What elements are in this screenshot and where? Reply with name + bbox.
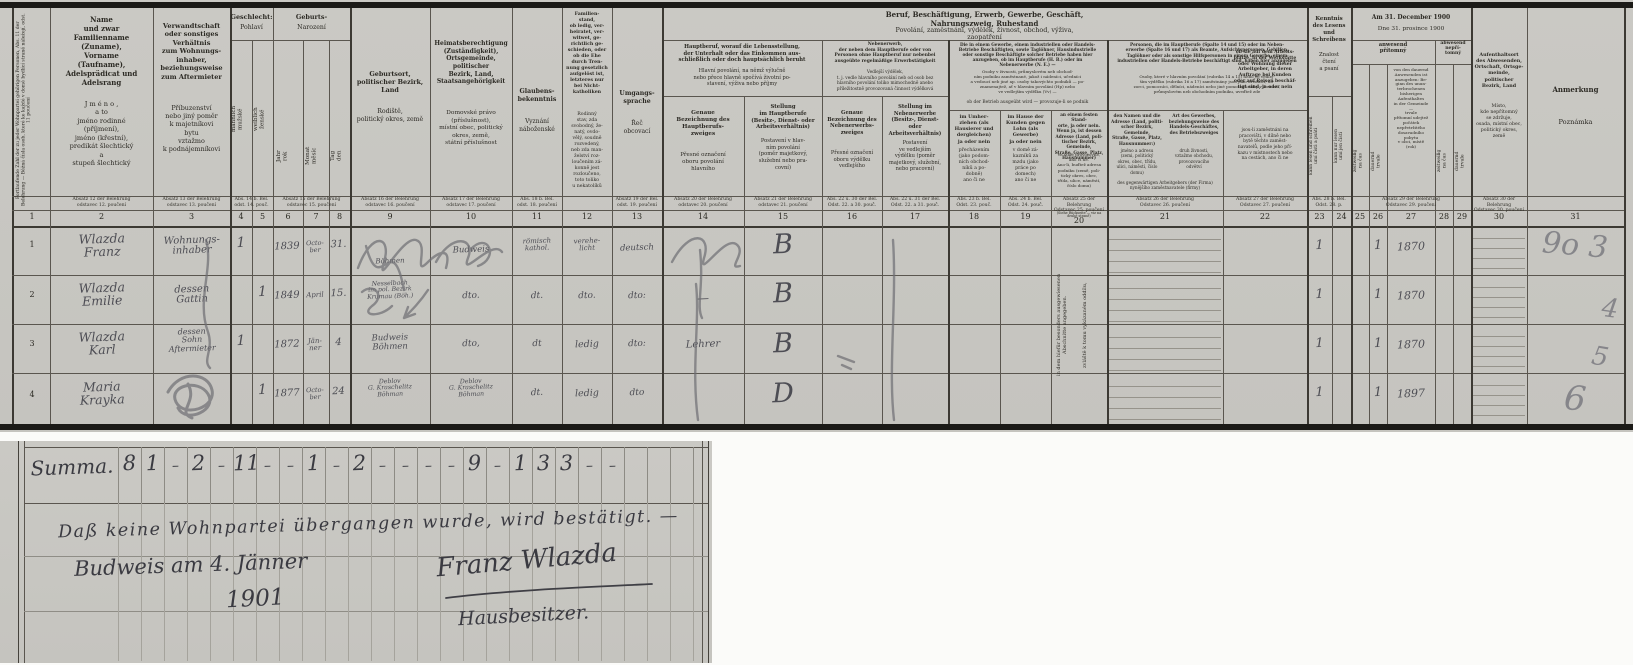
- birth-day-entry: 4: [327, 338, 350, 349]
- rule: [822, 40, 823, 424]
- main-occupation-group-cs: Hlavní povolání, na němž výlučně nebo př…: [664, 68, 820, 88]
- col-number-24: 24: [1332, 213, 1351, 222]
- col17-header-cs: Postavení ve vedlejším výdělku (poměr ma…: [884, 140, 946, 173]
- col21-ref: Absatz 26 der Belehrung Odstavec 26. pou…: [1109, 197, 1221, 208]
- birthplace-entry: Böhmen: [352, 257, 428, 267]
- employer-cell-rules: [1109, 376, 1221, 420]
- marital-entry: dto.: [564, 291, 610, 302]
- col17-ref: Abs. 22 u. 31 der Bel. Odst. 22. a 31. p…: [884, 197, 946, 208]
- summa-value: –: [371, 459, 394, 474]
- col14-ref: Absatz 20 der Belehrung odstavec 20. pou…: [664, 197, 742, 208]
- col29-header: dauernd trvale: [1455, 130, 1469, 192]
- col8-header: Tag den: [330, 120, 348, 192]
- row-number: 1: [14, 240, 50, 250]
- col5-header: weiblich ženské: [253, 46, 272, 192]
- name-entry: Wlazda Karl: [52, 328, 153, 357]
- col4-header: männlich mužské: [231, 46, 251, 192]
- col13-ref: Absatz 19 der Bel. odst. 19. poučení: [614, 197, 660, 208]
- col24-header: kann nur lesen umí jen čísti: [1334, 100, 1349, 192]
- margin-pencil-mark: 5: [1578, 341, 1622, 375]
- main-occupation-group: Hauptberuf, worauf die Lebensstellung, d…: [664, 44, 820, 64]
- birth-month-entry: April: [301, 292, 329, 300]
- religion-entry: dt.: [514, 388, 560, 399]
- summa-value: 2: [187, 453, 211, 476]
- home-right-entry: Deblov G. Kraschelitz Böhman: [432, 378, 511, 400]
- col-number-3: 3: [153, 213, 230, 222]
- employer-cell-rules: [1109, 327, 1221, 371]
- rule: [744, 96, 745, 424]
- col1-header: Fortlaufende Zahl der zu jeder Wohnparte…: [16, 12, 48, 208]
- summa-value: –: [601, 459, 624, 474]
- table-right-border: [1624, 8, 1626, 424]
- col31-header-cs: Poznámka: [1529, 118, 1622, 126]
- birth-month-entry: Jän- ner: [301, 338, 329, 353]
- resident-since-entry: 1870: [1387, 289, 1435, 302]
- summa-value: –: [164, 459, 187, 474]
- col10-header-de: Heimatsberechtigung (Zuständigkeit), Ort…: [432, 40, 510, 86]
- rule: [12, 210, 1624, 211]
- resident-since-entry: 1897: [1387, 387, 1435, 400]
- col-number-10: 10: [430, 213, 512, 222]
- name-entry: Wlazda Emilie: [52, 279, 153, 308]
- trade-group-note-cs: Osoby v živnosti, průmyslovém neb obchod…: [950, 70, 1105, 95]
- marital-entry: ledig: [564, 388, 610, 399]
- col11-header-de: Glaubens- bekenntnis: [514, 88, 560, 104]
- summary-sheet: Summa. 8 1 – 2 – 11 – – 1 – 2 – – – – 9 …: [0, 441, 712, 663]
- col22-ref: Absatz 27 der Belehrung Odstavec 27. pou…: [1225, 197, 1305, 208]
- employer-cell-rules: [1109, 278, 1221, 322]
- col-number-15: 15: [744, 213, 822, 222]
- summa-value: –: [440, 459, 463, 474]
- summa-value: 1: [302, 453, 326, 476]
- col9-header-cs: Rodiště, politický okres, země: [352, 108, 428, 124]
- col23-24-ref: Abs. 28 b. Bel. Odst. 28. p.: [1307, 197, 1351, 208]
- col18-header-de: im Umher- ziehen (als Hausierer und derg…: [950, 114, 998, 145]
- occupation-entry: Lehrer: [664, 339, 742, 352]
- col2-header-de: Name und zwar Familienname (Zuname), Vor…: [52, 16, 151, 88]
- col-number-13: 13: [612, 213, 662, 222]
- col-number-12: 12: [562, 213, 612, 222]
- relation-entry: dessen Gattin: [155, 284, 230, 307]
- col20-data-side-note-de: in dem hiefür besonders ausgewiesenen Ab…: [1057, 230, 1083, 420]
- col-number-29: 29: [1453, 213, 1471, 222]
- language-entry: dto: [614, 388, 660, 399]
- col-number-9: 9: [350, 213, 430, 222]
- scan-top-edge: [0, 2, 1633, 8]
- resident-since-entry: 1870: [1387, 240, 1435, 253]
- religion-entry: dt: [514, 339, 560, 350]
- col12-header-cs: Rodinný stav, zda svobodný, že- natý, ov…: [564, 112, 610, 190]
- margin-pencil-mark: 6: [1543, 379, 1606, 420]
- col-number-4: 4: [230, 213, 252, 222]
- summa-value: –: [279, 459, 302, 474]
- summa-value: 1: [509, 453, 533, 476]
- col16-ref: Abs. 22 u. 30 der Bel. Odst. 22. a 30. p…: [824, 197, 880, 208]
- col22-header-cs: jsou-li zaměstnáni na pracovišti, v díln…: [1225, 128, 1305, 162]
- col14-header-de: Genaue Bezeichnung des Hauptberufs- zwei…: [664, 110, 742, 139]
- col-number-6: 6: [273, 213, 303, 222]
- rule: [1223, 110, 1224, 424]
- birth-day-entry: 31.: [327, 240, 350, 251]
- col-number-31: 31: [1527, 213, 1624, 222]
- header-data-divider: [12, 226, 1624, 228]
- col-number-26: 26: [1369, 213, 1387, 222]
- rule: [1453, 64, 1454, 424]
- summa-value: 11: [233, 453, 257, 476]
- sex-male-mark: 1: [230, 236, 252, 251]
- rule: [329, 40, 330, 424]
- language-entry: dto:: [614, 291, 660, 302]
- name-entry: Wlazda Franz: [52, 230, 153, 259]
- relation-entry: dessen Sohn Aftermieter: [155, 327, 230, 355]
- col-number-20: 20: [1053, 217, 1105, 226]
- col-number-23: 23: [1307, 213, 1332, 222]
- rule: [882, 96, 883, 424]
- margin-pencil-mark: 9o 3: [1519, 225, 1631, 266]
- col-number-16: 16: [822, 213, 882, 222]
- col15-header-de: Stellung im Hauptberufe (Besitz-, Dienst…: [746, 104, 820, 131]
- summa-value: 8: [118, 453, 142, 476]
- birth-month-entry: Octo- ber: [301, 240, 329, 254]
- rule: [230, 40, 350, 41]
- birth-group-header: Geburts-: [273, 13, 350, 21]
- summa-value: –: [578, 459, 601, 474]
- col22-header-de: ob sie auf dem Arbeits- platze, in der W…: [1225, 50, 1305, 90]
- rule: [1000, 110, 1001, 424]
- col25-header: zeitweilig na čas: [1353, 130, 1367, 192]
- col3-ref: Absatz 13 der Belehrung odstavec 13. pou…: [155, 197, 228, 208]
- date-group-header-de: Am 31. December 1900: [1351, 14, 1471, 22]
- col19-header-de: im Hause der Kunden gegen Lohn (als Gewe…: [1002, 114, 1049, 145]
- summa-value: –: [394, 459, 417, 474]
- col21-header-bottom: des gegenwärtigen Arbeitgebers (der Firm…: [1109, 180, 1221, 191]
- language-entry: dto:: [614, 339, 660, 350]
- col10-ref: Absatz 17 der Belehrung odstavec 17. pou…: [432, 197, 510, 208]
- census-table-sheet: Fortlaufende Zahl der zu jeder Wohnparte…: [0, 0, 1633, 432]
- col15-header-cs: Postavení v hlav- ním povolání (poměr ma…: [746, 138, 820, 171]
- scanned-census-sheet: { "document_type": "Anwesenheitsliste Vo…: [0, 0, 1633, 665]
- present-permanent-mark: 1: [1369, 239, 1387, 253]
- col10-header-cs: Domovské právo (příslušnost), místní obe…: [432, 110, 510, 148]
- summa-value: –: [417, 459, 440, 474]
- col20-header-cs: ve stálé provozovně, ano či ne. Ano-li, …: [1053, 152, 1105, 189]
- row-number: 2: [14, 290, 50, 300]
- literacy-mark: 1: [1307, 239, 1332, 253]
- col13-header-de: Umgangs- sprache: [614, 90, 660, 106]
- col31-header-de: Anmerkung: [1529, 86, 1622, 95]
- birth-year-entry: 1849: [271, 290, 303, 302]
- birthplace-entry: Budweis Böhmen: [352, 333, 429, 353]
- birth-day-entry: 15.: [327, 289, 350, 300]
- col19-header-cs: v domě zá- kazníků za mzdu (jako práce p…: [1002, 148, 1049, 184]
- literacy-mark: 1: [1307, 386, 1332, 400]
- birth-day-entry: 24: [327, 387, 350, 398]
- rule: [948, 110, 1307, 111]
- col9-ref: Absatz 16 der Belehrung odstavec 16. pou…: [352, 197, 428, 208]
- col19-ref: Abs. 24 b. Bel. Odst. 24. pouč.: [1002, 197, 1049, 208]
- row-number: 3: [14, 339, 50, 349]
- col18-ref: Abs. 23 b. Bel. Odst. 23. pouč.: [950, 197, 998, 208]
- summa-value: –: [256, 459, 279, 474]
- side-earning-group: Nebenerwerb, der neben dem Hauptberufe o…: [824, 42, 946, 65]
- col-number-19: 19: [1000, 213, 1051, 222]
- col-number-1: 1: [14, 213, 50, 222]
- col21-header-right-de: Art des Gewerbes, beziehungsweise des Ha…: [1167, 114, 1221, 136]
- birth-group-header-cs: Narození: [273, 24, 350, 32]
- col9-header-de: Geburtsort, politischer Bezirk, Land: [352, 70, 428, 95]
- rule: [662, 96, 948, 97]
- col30-header-cs: Místo, kde nepřítomný se zdržuje, osada,…: [1473, 104, 1525, 140]
- col-number-8: 8: [329, 213, 350, 222]
- table-bottom-border: [0, 424, 1633, 430]
- summa-value: 3: [532, 453, 556, 476]
- whereabouts-cell-rules: [1473, 327, 1525, 371]
- margin-pencil-mark: 4: [1588, 293, 1631, 325]
- date-group-header-cs: Dne 31. prosince 1900: [1351, 26, 1471, 33]
- religion-entry: dt.: [514, 291, 560, 302]
- col-number-30: 30: [1471, 213, 1527, 222]
- row-number: 4: [14, 390, 50, 400]
- resident-since-entry: 1870: [1387, 338, 1435, 351]
- summa-value: –: [325, 459, 348, 474]
- birth-year-entry: 1872: [271, 339, 303, 351]
- present-permanent-mark: 1: [1369, 288, 1387, 302]
- rule: [1332, 96, 1333, 424]
- trade-group-note-de: Die in einem Gewerbe, einem industrielle…: [950, 42, 1105, 67]
- home-right-entry: dto,: [432, 339, 510, 351]
- border: [24, 441, 25, 663]
- col18-header-cs: přecházením (jako podom- ních obchod- ní…: [950, 148, 998, 184]
- rule: [303, 40, 304, 424]
- occupation-status-entry: B: [746, 279, 821, 310]
- home-right-entry: dto.: [432, 291, 510, 303]
- col28-header: zeitweilig na čas: [1437, 130, 1451, 192]
- col3-header-de: Verwandtschaft oder sonstiges Verhältnis…: [155, 22, 228, 81]
- marital-entry: ledig: [564, 339, 610, 350]
- col16-header-cs: Přesné označení oboru výdělku vedlejšího: [824, 150, 880, 170]
- col17-header-de: Stellung im Nebenerwerbe (Besitz-, Diens…: [884, 104, 946, 137]
- col2-header-cs: J m é n o , a to jméno rodinné (příjmení…: [52, 100, 151, 168]
- col-number-22: 22: [1223, 213, 1307, 222]
- summa-value: –: [486, 459, 509, 474]
- col30-header-de: Aufenthaltsort des Abwesenden, Ortschaft…: [1473, 52, 1525, 89]
- language-entry: deutsch: [614, 243, 660, 253]
- side-earning-group-cs: Vedlejší výdělek, t. j. vedle hlavního p…: [824, 70, 946, 92]
- year-line: 1901: [225, 585, 316, 614]
- col-number-7: 7: [303, 213, 329, 222]
- birthplace-entry: Nesselbach im pol. Bezirk Krumau (Böh.): [352, 280, 429, 302]
- birth-year-entry: 1877: [271, 388, 303, 400]
- col3-header-cs: Příbuzenství nebo jiný poměr k majetníko…: [155, 104, 228, 153]
- birthplace-entry: Deblov G. Kraschelitz Böhman: [352, 378, 429, 400]
- col-number-5: 5: [252, 213, 273, 222]
- occupation-band-title-cs: Povolání, zaměstnání, výdělek, živnost, …: [662, 27, 1307, 40]
- summa-value: –: [210, 459, 233, 474]
- col12-header-de: Familien- stand, ob ledig, ver- heiratet…: [564, 12, 610, 96]
- sex-group-header: Geschlecht:: [230, 13, 273, 21]
- sex-group-header-cs: Pohlaví: [230, 24, 273, 32]
- col27-header: von den dauernd Anwesenden ist anzugeben…: [1389, 68, 1433, 150]
- sex-male-mark: 1: [230, 334, 252, 349]
- name-entry: Maria Krayka: [52, 378, 153, 407]
- col21-header-right-cs: druh živnosti, vztažmo obchodu, provozov…: [1167, 148, 1221, 170]
- border: [18, 441, 19, 663]
- col26-header: dauernd trvale: [1371, 130, 1385, 192]
- literacy-mark: 1: [1307, 337, 1332, 351]
- col7-header: Monat měsíc: [305, 120, 327, 192]
- occupation-entry: —: [664, 291, 742, 306]
- relation-entry: Wohnungs- inhaber: [155, 235, 230, 258]
- literacy-group-header-cs: Znalost čtení a psaní: [1307, 52, 1351, 72]
- col11-header-cs: Vyznání náboženské: [514, 118, 560, 133]
- col-number-17: 17: [882, 213, 948, 222]
- col14-header-cs: Přesné označení oboru povolání hlavního: [664, 152, 742, 173]
- col13-header-cs: Řeč obcovací: [614, 120, 660, 135]
- rule: [948, 40, 950, 424]
- col-number-2: 2: [50, 213, 153, 222]
- col6-header: Jahr rok: [276, 120, 302, 192]
- birth-year-entry: 1839: [271, 241, 303, 253]
- col21-header-left-de: den Namen und die Adresse (Land, politi-…: [1109, 114, 1165, 147]
- present-permanent-mark: 1: [1369, 386, 1387, 400]
- present-group-header: anwesend přítomný: [1351, 43, 1435, 54]
- whereabouts-cell-rules: [1473, 229, 1525, 273]
- col2-ref: Absatz 12 der Belehrung odstavec 12. pou…: [52, 197, 151, 208]
- col-number-21: 21: [1107, 213, 1223, 222]
- summa-value: 3: [555, 453, 579, 476]
- col-number-27: 27: [1387, 213, 1435, 222]
- col4-5-ref: Abs. 14 b. Bel. odst. 14. pouč.: [230, 197, 273, 208]
- col-number-11: 11: [512, 213, 562, 222]
- col-number-14: 14: [662, 213, 744, 222]
- col25-29-ref: Absatz 29 der Belehrung Odstavec 29. pou…: [1351, 197, 1471, 208]
- col16-header-de: Genaue Bezeichnung des Nebenerwerbs- zwe…: [824, 110, 880, 137]
- rule: [1435, 40, 1436, 424]
- religion-entry: römisch kathol.: [514, 237, 560, 253]
- col6-8-ref: Absatz 15 der Belehrung odstavec 15. pou…: [275, 197, 348, 208]
- whereabouts-cell-rules: [1473, 376, 1525, 420]
- trade-group-line: ob der Betrieb ausgeübt wird — provozuje…: [950, 100, 1105, 106]
- summa-value: 2: [348, 453, 372, 476]
- row-divider: [12, 324, 1624, 325]
- present-permanent-mark: 1: [1369, 337, 1387, 351]
- rule: [1051, 110, 1052, 424]
- summa-label: Summa.: [28, 455, 117, 479]
- col-number-18: 18: [948, 213, 1000, 222]
- row-divider: [12, 373, 1624, 374]
- border: [708, 441, 709, 663]
- home-right-entry: Budweis: [432, 245, 510, 257]
- col15-ref: Absatz 21 der Belehrung odstavec 21. pou…: [746, 197, 820, 208]
- row-divider: [12, 275, 1624, 276]
- col-number-25: 25: [1351, 213, 1369, 222]
- literacy-group-header-de: Kenntnis des Lesens und Schreibens: [1307, 16, 1351, 44]
- col-number-28: 28: [1435, 213, 1453, 222]
- employer-cell-rules: [1109, 229, 1221, 273]
- whereabouts-cell-rules: [1473, 278, 1525, 322]
- col11-ref: Abs. 18 b. Bel. odst. 18. poučení: [514, 197, 560, 208]
- col23-header: kann lesen und schreiben umí čísti a psá…: [1309, 100, 1330, 192]
- marital-entry: verehe- licht: [564, 237, 610, 253]
- col20-data-side-note-cs: zvláště k tomu vykázaném oddílu,: [1083, 230, 1099, 420]
- occupation-status-entry: B: [746, 329, 821, 360]
- birth-month-entry: Octo- ber: [301, 387, 329, 401]
- literacy-mark: 1: [1307, 288, 1332, 302]
- occupation-status-entry: D: [746, 379, 821, 410]
- col21-header-left-cs: jméno a adresu (zemi, politický okres, o…: [1109, 148, 1165, 175]
- occupation-status-entry: B: [746, 230, 821, 261]
- absent-group-header: abwesend nepří- tomný: [1435, 42, 1471, 56]
- summa-value: 9: [463, 453, 487, 476]
- rule: [1307, 96, 1351, 97]
- summa-value: 1: [141, 453, 165, 476]
